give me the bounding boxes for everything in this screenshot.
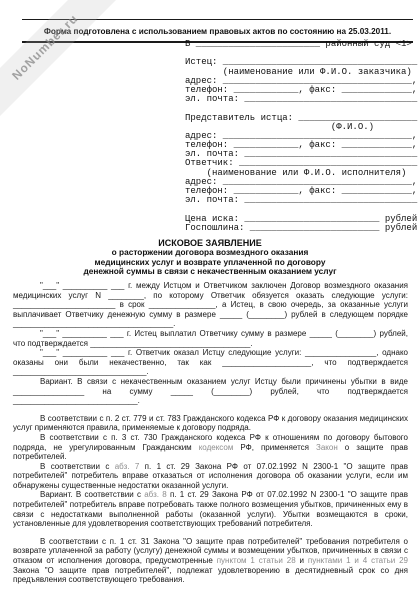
legal-reference-link[interactable]: пунктами 1 и 4 статьи 29 bbox=[308, 556, 408, 565]
document-page: NoNumber.ru Форма подготовлена с использ… bbox=[0, 0, 420, 600]
text-segment: и bbox=[296, 556, 308, 565]
text-segment: "___" __________ ___ г. между Истцом и О… bbox=[13, 281, 408, 328]
body-paragraph: "___" __________ ___ г. Ответчик оказал … bbox=[13, 348, 408, 377]
body-paragraph: В соответствии с абз. 7 п. 1 ст. 29 Зако… bbox=[13, 462, 408, 491]
legal-reference-link[interactable]: кодексом bbox=[199, 443, 234, 452]
title-block: ИСКОВОЕ ЗАЯВЛЕНИЕо расторжении договора … bbox=[0, 239, 420, 277]
court-block: В _______________________ районный суд <… bbox=[185, 40, 417, 233]
legal-reference-link[interactable]: пунктом 1 статьи 28 bbox=[217, 556, 296, 565]
text-segment: Закона "О защите прав потребителей", под… bbox=[13, 566, 408, 585]
legal-reference-link[interactable]: абз. 8 bbox=[144, 490, 166, 499]
body-paragraph: "___" __________ ___ г. Истец выплатил О… bbox=[13, 329, 408, 348]
header-text: Форма подготовлена с использованием прав… bbox=[44, 27, 391, 36]
body-paragraph: В соответствии с п. 3 ст. 730 Гражданско… bbox=[13, 433, 408, 462]
body-block: "___" __________ ___ г. между Истцом и О… bbox=[13, 281, 408, 585]
text-segment: РФ, применяется bbox=[233, 443, 316, 452]
text-segment: В соответствии с п. 2 ст. 779 и ст. 783 … bbox=[13, 414, 408, 433]
body-paragraph: Вариант. В соответствии с абз. 8 п. 1 ст… bbox=[13, 490, 408, 528]
text-segment: Вариант. В связи с некачественным оказан… bbox=[13, 377, 408, 405]
text-segment: "___" __________ ___ г. Истец выплатил О… bbox=[13, 329, 408, 348]
body-paragraph: В соответствии с п. 1 ст. 31 Закона "О з… bbox=[13, 537, 408, 585]
text-segment: Вариант. В соответствии с bbox=[40, 490, 144, 499]
text-segment: "___" __________ ___ г. Ответчик оказал … bbox=[13, 348, 408, 376]
court-block-line: эл. почта: _____________________________… bbox=[185, 95, 417, 104]
legal-reference-link[interactable]: абз. 7 bbox=[115, 462, 140, 471]
legal-reference-link[interactable]: Закон bbox=[316, 443, 338, 452]
court-block-line: эл. почта: _____________________________… bbox=[185, 196, 417, 205]
text-segment: В соответствии с bbox=[40, 462, 115, 471]
court-block-line: В _______________________ районный суд <… bbox=[185, 40, 417, 49]
document-subtitle: денежной суммы в связи с некачественным … bbox=[0, 267, 420, 276]
body-paragraph: В соответствии с п. 2 ст. 779 и ст. 783 … bbox=[13, 414, 408, 433]
court-block-line: Госпошлина: ________________________ руб… bbox=[185, 224, 417, 233]
body-paragraph: Вариант. В связи с некачественным оказан… bbox=[13, 377, 408, 406]
body-paragraph: "___" __________ ___ г. между Истцом и О… bbox=[13, 281, 408, 329]
